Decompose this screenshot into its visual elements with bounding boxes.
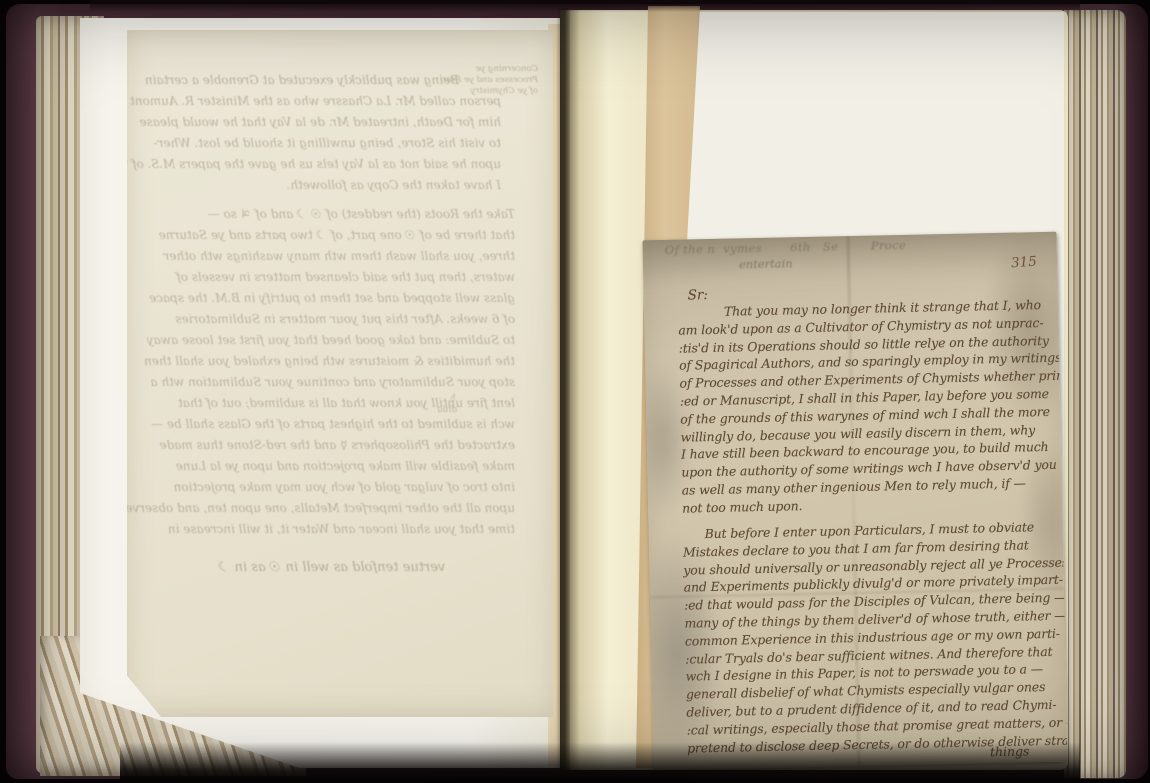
text-line: of ye Chymistry	[452, 86, 538, 97]
gutter-shadow	[556, 8, 570, 770]
bleedthrough-closing-line: vertue tenfold as well in ☉ as in ☽	[197, 560, 467, 575]
text-line: that there be of ☉ one part, of ☽ two pa…	[145, 225, 515, 246]
mounted-letter-leaf: Of the n vymes 6th Se Proce entertain 31…	[642, 232, 1067, 771]
text-line: diua	[417, 404, 457, 416]
docket-annotation-line2: entertain	[739, 256, 793, 271]
open-manuscript-book-photo: Being was publickly executed at Grenoble…	[0, 0, 1150, 783]
text-line: to visit his Store, being unwilling it s…	[149, 133, 501, 154]
text-line: extracted the Philosophers ☿ and the red…	[145, 435, 515, 456]
text-line: the humidities & moistures wth being exh…	[145, 351, 515, 372]
text-line: to Sublime: and take good heed that you …	[145, 330, 515, 351]
text-line: lent fire untill you know that all is su…	[145, 393, 515, 414]
text-line: wch is sublimed to the highest parts of …	[145, 414, 515, 435]
bottom-shadow	[120, 742, 1080, 783]
text-line: of 6 weeks. After this put your matters …	[145, 309, 515, 330]
text-line: Take the Roots (the reddest) of ☉ ☽ and …	[145, 204, 515, 225]
bleedthrough-mirrored-text: Being was publickly executed at Grenoble…	[127, 30, 553, 717]
letter-salutation: Sr:	[687, 287, 708, 303]
text-line: upon he said not as la Vay tels us he ga…	[149, 154, 501, 175]
text-line: person called Mr. La Chassre who as the …	[149, 91, 501, 112]
top-shadow	[90, 0, 1080, 12]
text-line: glass well stopped and set them to putri…	[145, 288, 515, 309]
folio-page-number: 315	[1011, 253, 1038, 271]
text-line: stop your Sublimatory and continue your …	[145, 372, 515, 393]
bleedthrough-paragraph-1: Being was publickly executed at Grenoble…	[149, 70, 501, 196]
text-line: Concerning ye	[452, 64, 538, 75]
text-line: ♄	[417, 392, 457, 404]
text-line: time that you shall incear and Water it,…	[145, 519, 515, 540]
text-line: three, you shall wash them wth many wash…	[145, 246, 515, 267]
letter-paragraph-2: But before I enter upon Particulars, I m…	[682, 518, 1063, 757]
text-line: into troc of vulgar gold of wch you may …	[145, 477, 515, 498]
text-line: Processes and ye Proc	[452, 75, 538, 86]
text-line: waters, then put the said cleansed matte…	[145, 267, 515, 288]
bleedthrough-margin-note-2: ♄diua	[417, 392, 457, 416]
text-line: him for Death, intreated Mr. de la Vay t…	[149, 112, 501, 133]
bleedthrough-paragraph-2: Take the Roots (the reddest) of ☉ ☽ and …	[145, 204, 515, 540]
left-old-leaf: Being was publickly executed at Grenoble…	[127, 30, 553, 717]
bleedthrough-margin-note: Concerning yeProcesses and ye Procof ye …	[452, 64, 538, 97]
letter-paragraph-1: That you may no longer think it strange …	[678, 296, 1058, 517]
text-line: make feasible will make projection and u…	[145, 456, 515, 477]
text-line: I have taken the Copy as followeth.	[149, 175, 501, 196]
right-page-edge-stack	[1064, 10, 1126, 778]
text-line: upon all the other imperfect Metalls, on…	[145, 498, 515, 519]
